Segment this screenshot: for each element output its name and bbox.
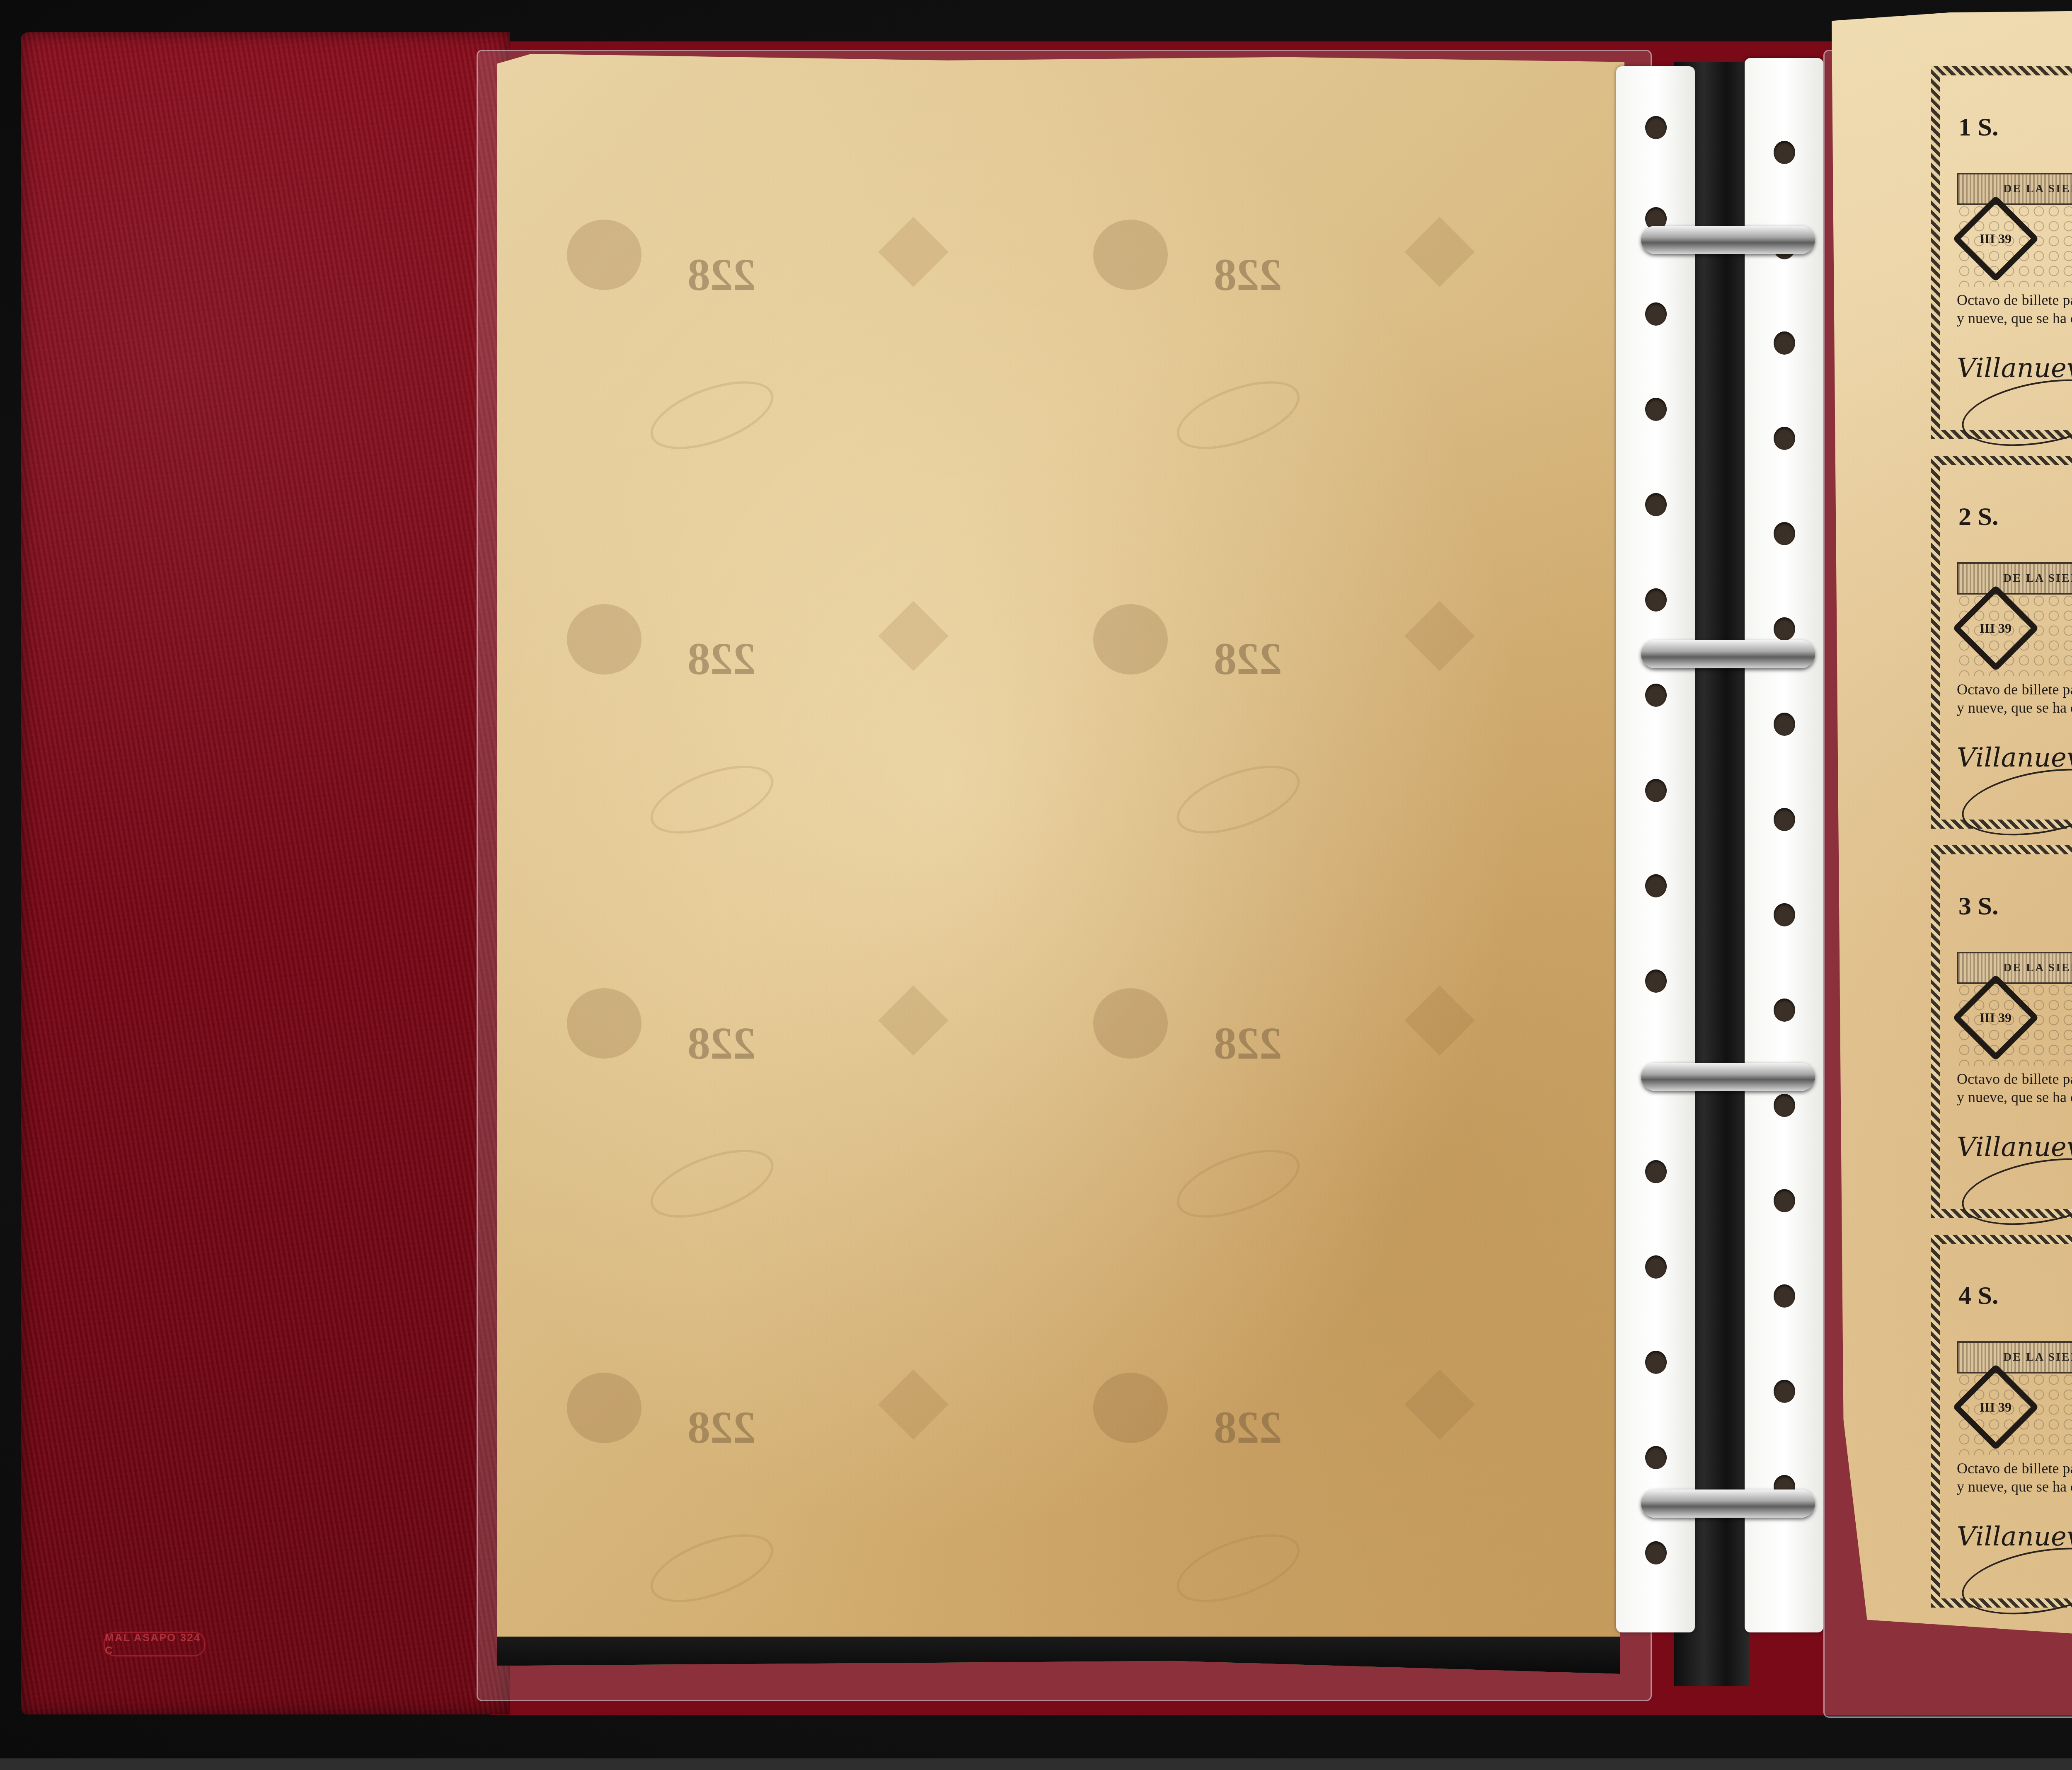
punch-hole-icon (1774, 1189, 1795, 1212)
ghost-diamond-stamp-icon (1404, 601, 1475, 671)
punch-hole-icon (1645, 302, 1667, 326)
punch-hole-icon (1645, 588, 1667, 612)
ghost-signature (1168, 368, 1308, 463)
ghost-stamp-icon (567, 988, 641, 1059)
ghost-ticket: 228 (1073, 496, 1575, 856)
ghost-diamond-stamp-icon (878, 985, 949, 1056)
ticket-serie: 3 S. (1958, 892, 1998, 921)
ticket-text: Octavo de billete para el sorteo ordinar… (1957, 1070, 2072, 1124)
ghost-stamp-icon (1093, 988, 1168, 1059)
ghost-ticket: 228 (547, 496, 1048, 856)
ticket-serie: 4 S. (1958, 1281, 1998, 1311)
lottery-ticket: 2 S. H 389. DE LA SIEMPREFIEL ISLA DE CU… (1931, 456, 2072, 829)
binder-ring-icon (1641, 226, 1815, 254)
punch-hole-icon (1774, 903, 1795, 926)
ticket-banner: DE LA SIEMPREFIEL ISLA DE CUBA (1957, 562, 2072, 595)
punch-hole-icon (1774, 1380, 1795, 1403)
punch-hole-icon (1645, 970, 1667, 993)
ghost-stamp-icon (1093, 604, 1168, 675)
ghost-signature (1168, 1136, 1308, 1232)
ghost-signature (642, 1520, 782, 1616)
cover-emboss-logo: MAL ASAPO 324 C (104, 1632, 206, 1656)
punch-hole-icon (1774, 999, 1795, 1022)
punch-hole-icon (1645, 116, 1667, 139)
ghost-diamond-stamp-icon (1404, 217, 1475, 287)
ghost-diamond-stamp-icon (1404, 1369, 1475, 1440)
ticket-banner: DE LA SIEMPREFIEL ISLA DE CUBA (1957, 1341, 2072, 1373)
left-punch-strip (1616, 66, 1695, 1632)
punch-hole-icon (1774, 522, 1795, 545)
punch-hole-icon (1645, 1351, 1667, 1374)
signature: Villanueva (1957, 353, 2072, 384)
lottery-ticket: 1 S. E 389. DE LA SIEMPREFIEL ISLA DE CU… (1931, 66, 2072, 439)
ghost-diamond-stamp-icon (878, 1369, 949, 1440)
ghost-ticket: 228 (1073, 1265, 1575, 1625)
punch-hole-icon (1774, 141, 1795, 164)
punch-hole-icon (1645, 1541, 1667, 1564)
ghost-ticket: 228 (1073, 880, 1575, 1240)
punch-hole-icon (1774, 427, 1795, 450)
left-page-reverse: 228 228 228 228 228 228 228 228 (497, 54, 1624, 1674)
ghost-diamond-stamp-icon (878, 217, 949, 287)
ticket-text: Octavo de billete para el sorteo ordinar… (1957, 1459, 2072, 1514)
punch-hole-icon (1774, 808, 1795, 831)
punch-hole-icon (1774, 713, 1795, 736)
ticket-text: Octavo de billete para el sorteo ordinar… (1957, 680, 2072, 735)
ghost-stamp-icon (567, 1373, 641, 1443)
ticket-banner: DE LA SIEMPREFIEL ISLA DE CUBA (1957, 173, 2072, 205)
punch-hole-icon (1645, 1255, 1667, 1279)
punch-hole-icon (1645, 1446, 1667, 1469)
ghost-signature (642, 1136, 782, 1232)
punch-hole-icon (1774, 617, 1795, 641)
punch-hole-icon (1645, 1160, 1667, 1183)
ticket-text: Octavo de billete para el sorteo ordinar… (1957, 291, 2072, 346)
ticket-grid: 1 S. E 389. DE LA SIEMPREFIEL ISLA DE CU… (1931, 66, 2072, 1608)
ghost-stamp-icon (1093, 1373, 1168, 1443)
ticket-serie: 1 S. (1958, 113, 1998, 142)
punch-hole-icon (1645, 493, 1667, 516)
punch-hole-icon (1774, 1284, 1795, 1308)
ghost-ticket: 228 (1073, 112, 1575, 472)
royal-crest-icon (2060, 1252, 2072, 1343)
binder-ring-icon (1641, 1063, 1815, 1091)
ghost-stamp-icon (567, 220, 641, 290)
punch-hole-icon (1645, 874, 1667, 897)
signature: Villanueva (1957, 742, 2072, 773)
ghost-ticket-grid: 228 228 228 228 228 228 228 228 (547, 112, 1575, 1624)
ticket-banner: DE LA SIEMPREFIEL ISLA DE CUBA (1957, 952, 2072, 984)
signature: Villanueva (1957, 1521, 2072, 1552)
royal-crest-icon (2060, 863, 2072, 954)
lottery-ticket: 3 S. P 389. DE LA SIEMPREFIEL ISLA DE CU… (1931, 845, 2072, 1218)
signature: Villanueva (1957, 1132, 2072, 1163)
binder-ring-icon (1641, 1490, 1815, 1518)
punch-hole-icon (1645, 398, 1667, 421)
ghost-diamond-stamp-icon (1404, 985, 1475, 1056)
punch-hole-icon (1774, 1094, 1795, 1117)
punch-hole-icon (1645, 779, 1667, 802)
bottom-frame-strip (0, 1758, 2072, 1770)
ghost-diamond-stamp-icon (878, 601, 949, 671)
royal-crest-icon (2060, 84, 2072, 175)
ghost-ticket: 228 (547, 112, 1048, 472)
ghost-stamp-icon (567, 604, 641, 675)
right-punch-strip (1745, 58, 1823, 1632)
ghost-ticket: 228 (547, 880, 1048, 1240)
binder-ring-icon (1641, 640, 1815, 668)
lottery-ticket-sheet: 1 S. E 389. DE LA SIEMPREFIEL ISLA DE CU… (1832, 4, 2072, 1670)
ghost-signature (1168, 1520, 1308, 1616)
binder-front-cover: MAL ASAPO 324 C (21, 32, 510, 1714)
ghost-signature (1168, 752, 1308, 847)
punch-hole-icon (1645, 684, 1667, 707)
lottery-ticket: 4 S. B 389. DE LA SIEMPREFIEL ISLA DE CU… (1931, 1235, 2072, 1608)
punch-hole-icon (1774, 331, 1795, 355)
ghost-ticket: 228 (547, 1265, 1048, 1625)
ghost-signature (642, 368, 782, 463)
royal-crest-icon (2060, 473, 2072, 564)
ghost-signature (642, 752, 782, 847)
ghost-stamp-icon (1093, 220, 1168, 290)
ticket-serie: 2 S. (1958, 502, 1998, 532)
